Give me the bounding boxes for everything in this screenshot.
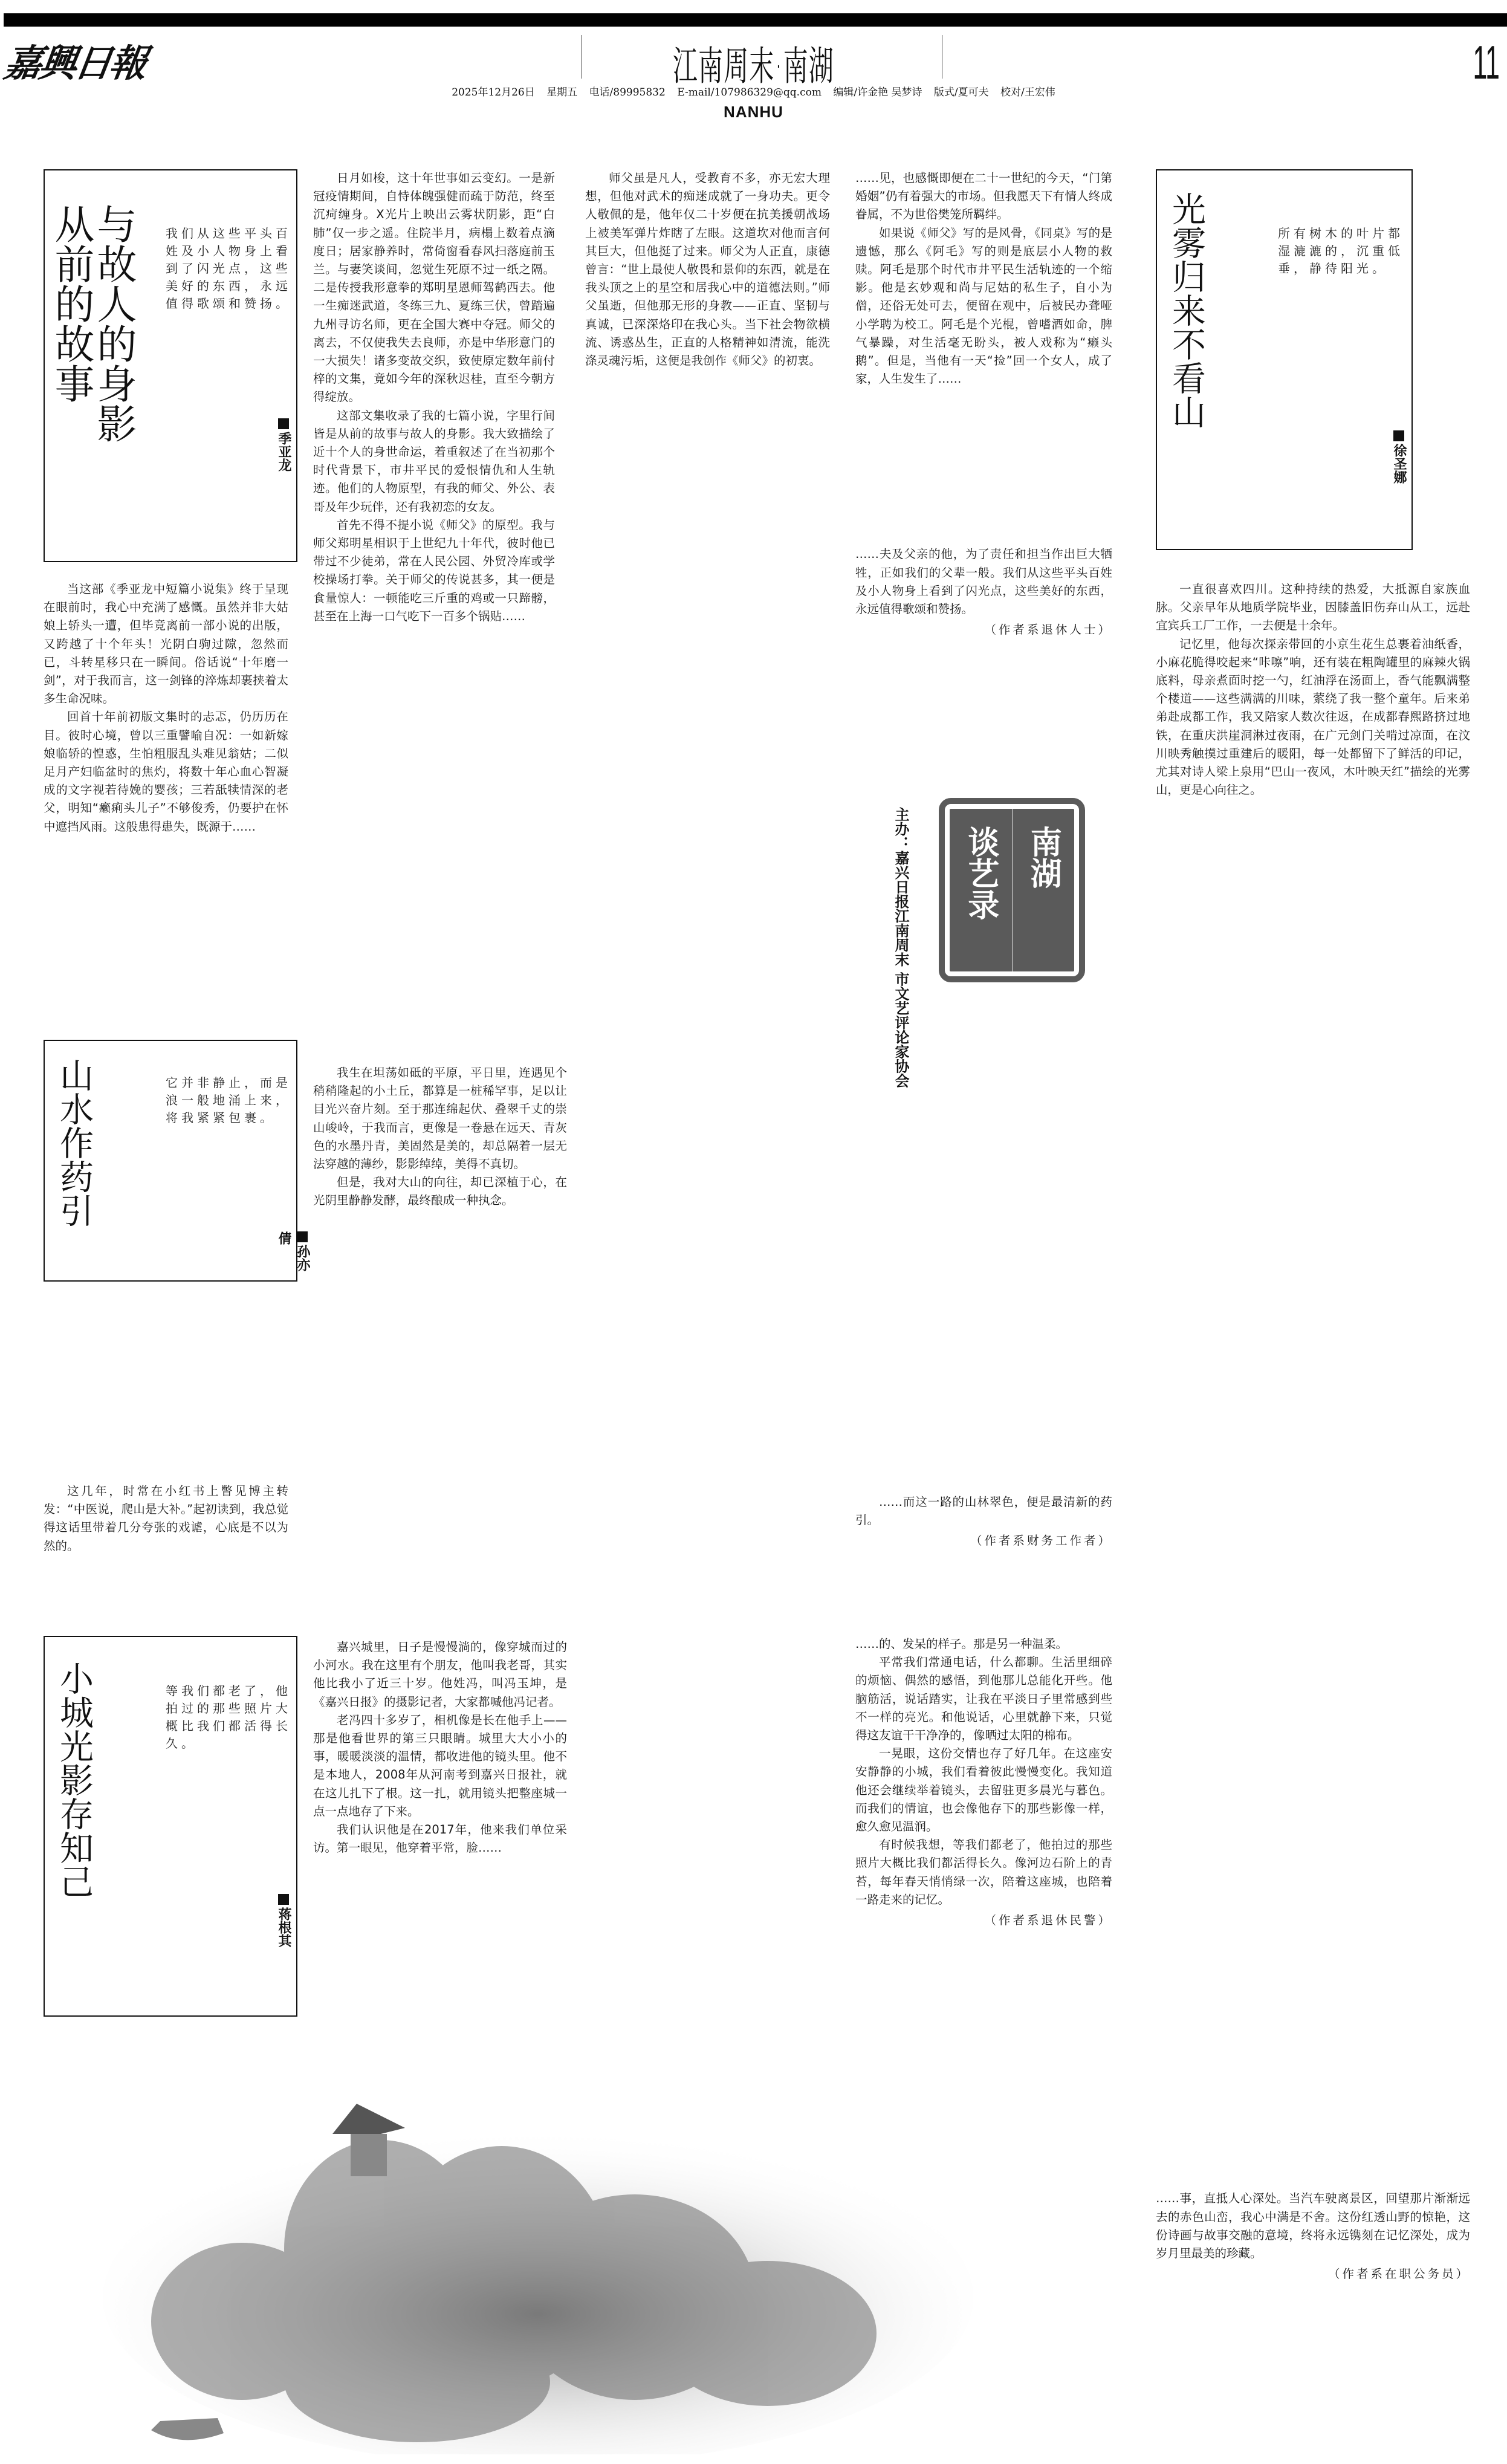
page-number: 11 <box>1473 35 1500 90</box>
article-2-byline: 孙亦倩 <box>274 1231 312 1280</box>
article-3-title-box: 小城光影存知己 等我们都老了，他拍过的那些照片大概比我们都活得长久。 蒋根其 <box>44 1636 297 2017</box>
section-title: 江南周末·南湖 <box>365 34 1142 91</box>
byline-square-icon <box>297 1231 308 1242</box>
article-1-col-1: 当这部《季亚龙中短篇小说集》终于呈现在眼前时，我心中充满了感慨。虽然并非大姑娘上… <box>44 580 288 836</box>
article-4-title-box: 光雾归来不看山 所有树木的叶片都湿漉漉的，沉重低垂，静待阳光。 徐圣娜 <box>1156 169 1413 550</box>
landscape-illustration <box>42 2067 1124 2454</box>
article-1-title-box: 与故人的身影 从前的故事 我们从这些平头百姓及小人物身上看到了闪光点，这些美好的… <box>44 169 297 562</box>
article-1-byline: 季亚龙 <box>274 418 293 472</box>
article-4-col-5: 一直很喜欢四川。这种持续的热爱，大抵源自家族血脉。父亲早年从地质学院毕业，因膝盖… <box>1156 580 1470 2283</box>
article-2-col-2: 我生在坦荡如砥的平原，平日里，连遇见个稍稍隆起的小土丘，都算是一桩稀罕事，足以让… <box>313 1064 567 1210</box>
article-1-col-3: 师父虽是凡人，受教育不多，亦无宏大理想，但他对武术的痴迷成就了一身功夫。更令人敬… <box>585 169 830 370</box>
article-1-lede: 我们从这些平头百姓及小人物身上看到了闪光点，这些美好的东西，永远值得歌颂和赞扬。 <box>166 225 293 313</box>
column-sponsor: 主办：嘉兴日报江南周末 市文艺评论家协会 <box>892 807 910 1088</box>
boat-icon <box>151 2418 224 2440</box>
masthead-meta: 2025年12月26日 星期五 电话/89995832 E-mail/10798… <box>0 83 1507 99</box>
byline-square-icon <box>278 1894 289 1905</box>
issue-date: 2025年12月26日 <box>452 86 535 99</box>
article-3-lede: 等我们都老了，他拍过的那些照片大概比我们都活得长久。 <box>166 1682 293 1752</box>
newspaper-logo: 嘉興日報 <box>1 33 149 87</box>
column-seal-logo: 南湖 谈艺录 <box>945 804 1079 976</box>
article-2-signoff: （作者系财务工作者） <box>855 1532 1112 1550</box>
article-2-title: 山水作药引 <box>57 1058 91 1227</box>
article-1-col-2: 日月如梭，这十年世事如云变幻。一是新冠疫情期间，自恃体魄强健而疏于防范，终至沉疴… <box>313 169 555 626</box>
article-1-col-4: ……见，也感慨即便在二十一世纪的今天，“门第婚姻”仍有着强大的市场。但我愿天下有… <box>855 169 1112 639</box>
byline-square-icon <box>1393 430 1404 441</box>
seal-text-nanhu: 南湖 <box>1012 809 1075 971</box>
article-3-byline: 蒋根其 <box>274 1894 293 1947</box>
article-4-byline: 徐圣娜 <box>1390 430 1408 484</box>
masthead-rule <box>4 13 1507 27</box>
seal-text-tanyilu: 谈艺录 <box>950 809 1012 971</box>
article-3-signoff: （作者系退休民警） <box>855 1911 1112 1930</box>
article-4-lede: 所有树木的叶片都湿漉漉的，沉重低垂，静待阳光。 <box>1278 225 1405 277</box>
article-1-signoff: （作者系退休人士） <box>855 621 1112 639</box>
article-2-col-4: ……而这一路的山林翠色，便是最清新的药引。 （作者系财务工作者） <box>855 1493 1112 1551</box>
byline-square-icon <box>278 418 289 429</box>
weekday: 星期五 <box>546 86 577 99</box>
section-pinyin: NANHU <box>0 103 1507 122</box>
article-3-title: 小城光影存知己 <box>57 1661 91 1898</box>
article-4-title: 光雾归来不看山 <box>1169 192 1203 429</box>
article-1-title-line2: 从前的故事 <box>51 204 91 403</box>
article-2-lede: 它并非静止，而是浪一般地涌上来，将我紧紧包裹。 <box>166 1074 293 1127</box>
proofreader: 校对/王宏伟 <box>1000 86 1055 99</box>
phone: 电话/89995832 <box>589 86 666 99</box>
article-4-signoff: （作者系在职公务员） <box>1156 2265 1470 2283</box>
article-3-col-2: 嘉兴城里，日子是慢慢淌的，像穿城而过的小河水。我在这里有个朋友，他叫我老哥，其实… <box>313 1638 567 1857</box>
article-2-col-1: 这几年，时常在小红书上瞥见博主转发：“中医说，爬山是大补。”起初读到，我总觉得这… <box>44 1482 288 1555</box>
editors: 编辑/许金艳 吴梦诗 <box>833 86 922 99</box>
article-1-title-line1: 与故人的身影 <box>93 204 133 443</box>
email-link[interactable]: E-mail/107986329@qq.com <box>677 86 822 99</box>
article-3-col-4: ……的、发呆的样子。那是另一种温柔。 平常我们常通电话，什么都聊。生活里细碎的烦… <box>855 1635 1112 1930</box>
layout-editor: 版式/夏可夫 <box>934 86 989 99</box>
article-2-title-box: 山水作药引 它并非静止，而是浪一般地涌上来，将我紧紧包裹。 孙亦倩 <box>44 1040 297 1282</box>
